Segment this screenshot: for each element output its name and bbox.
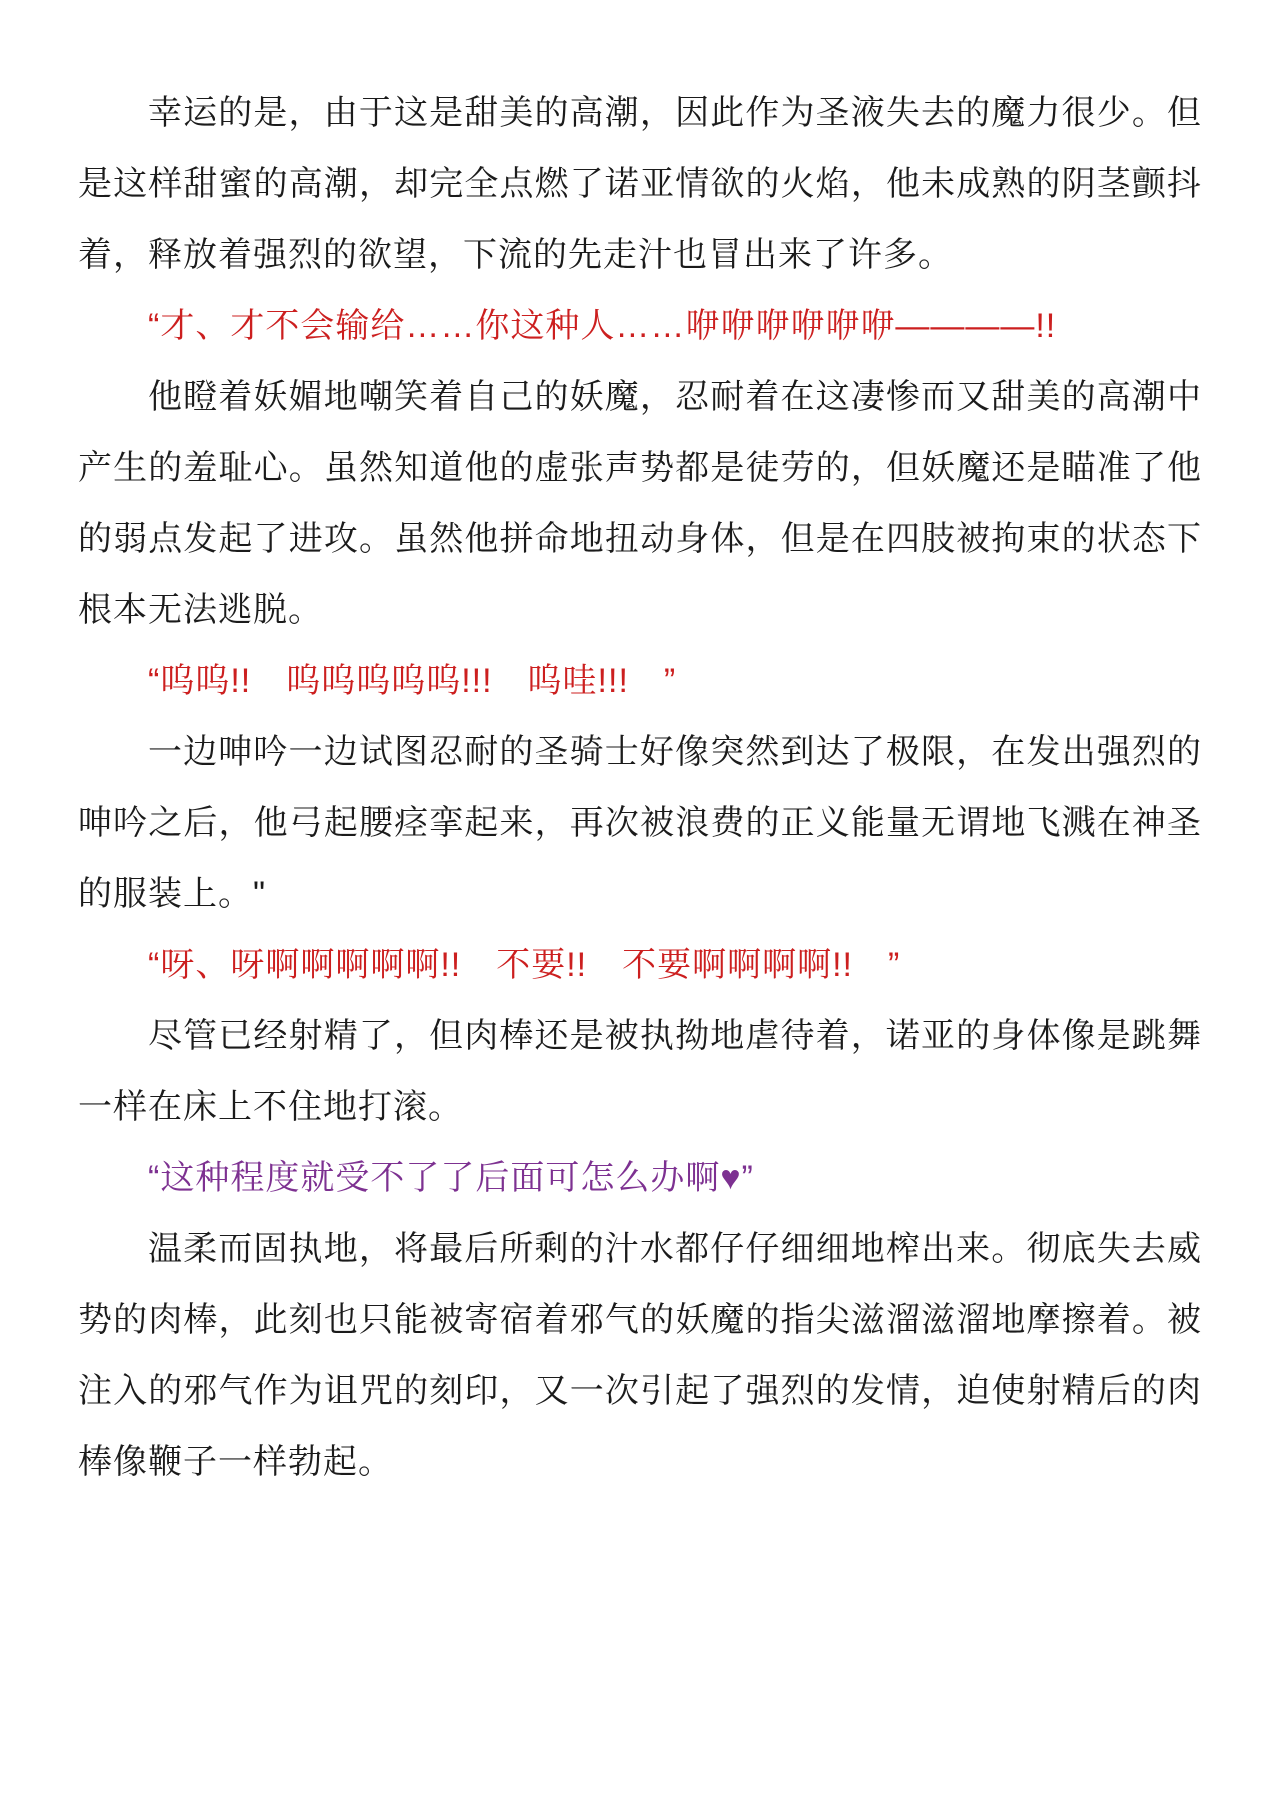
- paragraph: 他瞪着妖媚地嘲笑着自己的妖魔，忍耐着在这凄惨而又甜美的高潮中产生的羞耻心。虽然知…: [78, 362, 1202, 646]
- document-page: 幸运的是，由于这是甜美的高潮，因此作为圣液失去的魔力很少。但是这样甜蜜的高潮，却…: [0, 0, 1280, 1809]
- dialogue-line: “才、才不会输给……你这种人……咿咿咿咿咿咿————!!: [78, 291, 1202, 362]
- paragraph: 温柔而固执地，将最后所剩的汁水都仔仔细细地榨出来。彻底失去威势的肉棒，此刻也只能…: [78, 1214, 1202, 1498]
- dialogue-line: “呜呜!! 呜呜呜呜呜!!! 呜哇!!! ”: [78, 646, 1202, 717]
- dialogue-line: “呀、呀啊啊啊啊啊!! 不要!! 不要啊啊啊啊!! ”: [78, 930, 1202, 1001]
- paragraph: 幸运的是，由于这是甜美的高潮，因此作为圣液失去的魔力很少。但是这样甜蜜的高潮，却…: [78, 78, 1202, 291]
- paragraph: 尽管已经射精了，但肉棒还是被执拗地虐待着，诺亚的身体像是跳舞一样在床上不住地打滚…: [78, 1001, 1202, 1143]
- text-content: 幸运的是，由于这是甜美的高潮，因此作为圣液失去的魔力很少。但是这样甜蜜的高潮，却…: [78, 78, 1202, 1498]
- paragraph: 一边呻吟一边试图忍耐的圣骑士好像突然到达了极限，在发出强烈的呻吟之后，他弓起腰痉…: [78, 717, 1202, 930]
- dialogue-line: “这种程度就受不了了后面可怎么办啊♥”: [78, 1143, 1202, 1214]
